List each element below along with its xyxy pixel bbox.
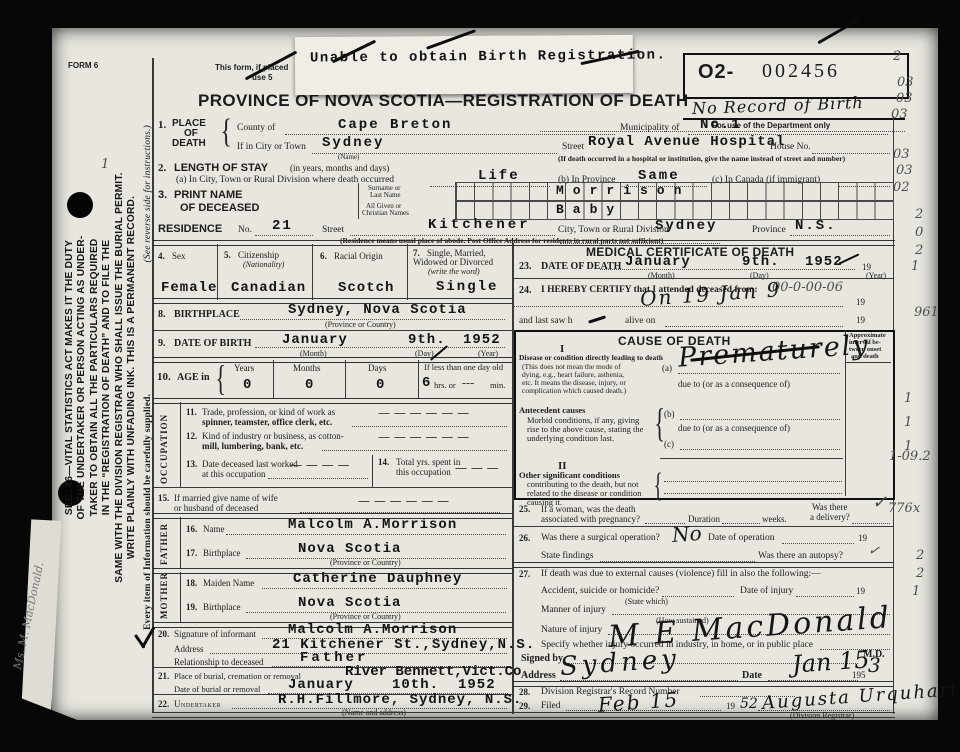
margin-mark: 2 xyxy=(915,244,923,258)
margin-left-mark: 1 xyxy=(101,158,109,172)
s17-value: Nova Scotia xyxy=(298,542,401,557)
s17-no: 17. xyxy=(186,549,197,558)
s10-hrs-value: 6 xyxy=(422,376,430,391)
disease-label: Disease or condition directly leading to… xyxy=(519,354,663,362)
margin-mark: 2 xyxy=(916,549,924,563)
s2-a-label: (a) In City, Town or Rural Division wher… xyxy=(176,176,394,186)
s13-label2: at this occupation xyxy=(202,470,265,479)
rule xyxy=(845,362,891,363)
s1-title: DEATH xyxy=(172,139,206,150)
margin-mark: 2 xyxy=(893,50,901,64)
mother-vertical-label: MOTHER xyxy=(160,575,169,619)
s23-no: 23. xyxy=(519,262,532,273)
s3-street-value: Kitchener xyxy=(428,218,531,233)
father-vertical-label: FATHER xyxy=(160,521,169,565)
antecedent-label: Antecedent causes xyxy=(519,406,585,415)
filed-date-handwriting: Feb 15 xyxy=(597,689,680,716)
s5-value: Canadian xyxy=(231,281,306,296)
s6-value: Scotch xyxy=(338,281,394,296)
s3-surname-value: Morrison xyxy=(556,184,690,198)
s27-which-hint: (State which) xyxy=(625,598,668,606)
s1-county-label: County of xyxy=(237,124,275,134)
date-label: Date xyxy=(742,671,762,682)
rule xyxy=(152,330,512,331)
rule xyxy=(513,278,893,279)
s1-house-label: House No. xyxy=(770,143,811,153)
s7-label3: (write the word) xyxy=(428,268,480,276)
cell-divider xyxy=(407,244,408,300)
s10-years-value: 0 xyxy=(243,378,251,393)
s5-label2: (Nationality) xyxy=(243,261,284,269)
date-year-handwriting: 3 xyxy=(868,655,881,676)
s14-no: 14. xyxy=(378,458,389,467)
s4-value: Female xyxy=(161,281,217,296)
leader xyxy=(665,325,843,327)
rule xyxy=(660,458,843,459)
other-brace: { xyxy=(654,468,663,504)
s14-label2: this occupation xyxy=(396,468,451,477)
s10-months-value: 0 xyxy=(305,378,313,393)
sidebar-line: OF THE UNDERTAKER OR PERSON ACTING AS UN… xyxy=(76,125,88,630)
leader xyxy=(352,425,507,427)
s24-19a: 19 xyxy=(856,298,865,307)
s10-days-label: Days xyxy=(368,364,387,373)
sidebar-line: WRITE PLAINLY WITH UNFADING INK. THIS IS… xyxy=(126,125,138,630)
leader xyxy=(255,346,505,348)
s17-label: Birthplace xyxy=(203,549,241,558)
leader xyxy=(255,234,313,236)
margin-mark: 776x xyxy=(888,502,920,516)
s27-no: 27. xyxy=(519,570,530,579)
s23-month-hint: (Month) xyxy=(648,272,675,280)
leader xyxy=(513,305,843,307)
s21-day: 10th. xyxy=(392,678,439,693)
s1-county-value: Cape Breton xyxy=(338,118,452,133)
s20-address-label: Address xyxy=(174,645,204,654)
leader xyxy=(796,595,854,597)
margin-mark: 1 xyxy=(904,392,912,406)
margin-mark: 1 xyxy=(904,416,912,430)
cause-due1: due to (or as a consequence of) xyxy=(678,380,790,389)
mother-divider xyxy=(180,572,181,622)
s25-delivery-label2: a delivery? xyxy=(810,513,850,522)
leader xyxy=(852,522,890,524)
s24-last-label: and last saw h xyxy=(519,317,573,327)
leader xyxy=(680,448,840,450)
sidebar-legal-text: SEC. 46—VITAL STATISTICS ACT MAKES IT TH… xyxy=(64,125,154,630)
s1-street-label: Street xyxy=(562,143,584,153)
s12-no: 12. xyxy=(186,432,197,441)
margin-mark: 0 xyxy=(915,226,923,240)
s12-value: — — — — — — xyxy=(378,431,469,444)
serial-prefix: O2- xyxy=(698,62,734,83)
s11-no: 11. xyxy=(186,408,197,417)
s27-injury-date-label: Date of injury xyxy=(740,587,793,597)
margin-mark: 03 xyxy=(893,148,910,162)
scan-corner-shadow xyxy=(0,690,160,752)
margin-checkmark: ✓ xyxy=(872,494,887,513)
s22-label: Undertaker xyxy=(174,700,221,709)
s16-label: Name xyxy=(203,525,225,534)
cause-c-label: (c) xyxy=(664,440,674,449)
address-label: Address xyxy=(521,671,556,682)
s7-value: Single xyxy=(436,280,498,295)
s3-title: OF DECEASED xyxy=(180,203,259,215)
form-number: FORM 6 xyxy=(68,62,98,70)
bottom-heavy-rule xyxy=(152,712,895,718)
s3-residence-label: RESIDENCE xyxy=(158,224,222,236)
s27-19: 19 xyxy=(856,587,865,596)
rule xyxy=(513,526,893,527)
s25-label2: associated with pregnancy? xyxy=(541,515,640,524)
s26-label: Was there a surgical operation? xyxy=(541,534,660,544)
s1-city-label: If in City or Town xyxy=(237,143,306,153)
s24-19b: 19 xyxy=(856,316,865,325)
s10-months-label: Months xyxy=(293,364,321,373)
s22-value: R.H.Fillmore, Sydney, N.S. xyxy=(278,693,522,708)
s1-name-hint: (Name) xyxy=(338,154,359,161)
s21-date-label: Date of burial or removal xyxy=(174,685,260,694)
s10-days-value: 0 xyxy=(376,378,384,393)
s3-province-value: N.S. xyxy=(795,219,837,234)
margin-mark: 03 xyxy=(891,108,908,122)
s11-value: — — — — — — xyxy=(378,407,469,420)
s10-brace: { xyxy=(215,360,225,398)
s3-title: PRINT NAME xyxy=(174,190,242,202)
s16-no: 16. xyxy=(186,525,197,534)
s8-no: 8. xyxy=(158,310,166,321)
margin-mark: 03 xyxy=(896,164,913,178)
s3-no: 3. xyxy=(158,190,167,202)
rule xyxy=(152,487,512,488)
s3-province-label: Province xyxy=(752,226,786,236)
s27-label: If death was due to external causes (vio… xyxy=(541,570,821,580)
age-divider xyxy=(273,360,274,398)
s8-label: BIRTHPLACE xyxy=(174,310,240,321)
antecedent-hint: underlying condition last. xyxy=(527,434,614,443)
leader xyxy=(662,595,734,597)
page-title: PROVINCE OF NOVA SCOTIA—REGISTRATION OF … xyxy=(198,92,689,110)
signed-by-label: Signed by xyxy=(521,654,563,665)
s15-value: — — — — — — xyxy=(358,495,449,508)
s8-value: Sydney, Nova Scotia xyxy=(288,303,467,318)
registrar-hint: (Division Registrar) xyxy=(790,712,854,720)
s24-alive-label: alive on xyxy=(625,317,655,327)
cause-a-label: (a) xyxy=(662,364,672,373)
s24-no: 24. xyxy=(519,286,532,297)
s3-no-label: No. xyxy=(238,226,252,236)
sidebar-line: SEC. 46—VITAL STATISTICS ACT MAKES IT TH… xyxy=(64,125,76,630)
s10-no: 10. xyxy=(157,372,171,384)
s2-no: 2. xyxy=(158,163,166,175)
s8-hint: (Province or Country) xyxy=(325,321,396,329)
date-year-print: 195 xyxy=(852,671,866,680)
s25-weeks-label: weeks. xyxy=(762,515,787,524)
s5-no: 5. xyxy=(224,251,231,260)
cause-b-label: (b) xyxy=(664,410,675,419)
s26-autopsy-label: Was there an autopsy? xyxy=(758,552,843,562)
leader xyxy=(722,522,760,524)
placed-note-1: This form, if placed xyxy=(215,64,288,72)
leader xyxy=(322,449,507,451)
s3-street-label: Street xyxy=(322,226,344,236)
s20-value: Malcolm A.Morrison xyxy=(288,623,457,638)
s18-value: Catherine Dauphney xyxy=(293,572,462,587)
s10-label: AGE in xyxy=(177,373,210,384)
s20-label: Signature of informant xyxy=(174,630,256,639)
s19-no: 19. xyxy=(186,603,197,612)
s9-no: 9. xyxy=(158,339,166,350)
s13-no: 13. xyxy=(186,460,197,469)
s1-street-value: Royal Avenue Hospital xyxy=(588,135,785,150)
s26-19: 19 xyxy=(858,534,867,543)
leader xyxy=(664,492,842,494)
s21-month: January xyxy=(288,678,354,693)
s4-label: Sex xyxy=(172,252,186,261)
s14-value: — — — xyxy=(455,462,499,475)
s12-label2: mill, lumbering, bank, etc. xyxy=(202,442,303,451)
s6-label: Racial Origin xyxy=(334,252,383,261)
s19-value: Nova Scotia xyxy=(298,596,401,611)
s2-title-hint: (in years, months and days) xyxy=(290,164,389,173)
serial-number: 002456 xyxy=(762,61,840,82)
leader xyxy=(782,542,854,544)
margin-mark: 961 xyxy=(914,306,939,320)
s26-no-handwriting: No xyxy=(671,523,702,546)
s4-no: 4. xyxy=(158,252,165,261)
margin-mark: 02 xyxy=(893,181,910,195)
scanned-death-registration: Ms. M. MacDonald. SEC. 46—VITAL STATISTI… xyxy=(0,0,960,752)
s6-no: 6. xyxy=(320,252,327,261)
leader xyxy=(226,533,506,535)
s3-city-label: City, Town or Rural Division xyxy=(558,226,669,236)
s1-municipality-value: No.1 xyxy=(700,118,742,133)
s26-operation-label: Date of operation xyxy=(708,534,774,544)
s11-label2: spinner, teamster, office clerk, etc. xyxy=(202,418,332,427)
s10-years-label: Years xyxy=(234,364,254,373)
s28-no: 28. xyxy=(519,688,530,697)
s17-hint: (Province or Country) xyxy=(330,559,401,567)
s10-hrs-label: hrs. or xyxy=(434,381,456,390)
s24-pencil-code: 00-0-00-06 xyxy=(772,281,843,295)
margin-mark: 1 xyxy=(912,585,920,599)
s29-label: Filed xyxy=(541,702,561,712)
s27-manner-label: Manner of injury xyxy=(541,606,606,616)
s10-min-value: --- xyxy=(462,377,474,390)
cause-due2: due to (or as a consequence of) xyxy=(678,424,790,433)
autopsy-checkmark: ✓ xyxy=(867,543,881,559)
leader xyxy=(268,477,368,479)
occ-divider xyxy=(180,402,181,487)
s3-residence-number: 21 xyxy=(272,219,293,234)
leader xyxy=(678,372,840,374)
margin-mark: 1 xyxy=(911,260,919,274)
s3-given-value: Baby xyxy=(556,203,623,217)
rule xyxy=(513,562,893,568)
form-left-border xyxy=(152,58,154,712)
s21-no: 21. xyxy=(158,672,169,681)
filed-year-handwriting: 52 xyxy=(740,697,758,712)
margin-mark: 03 xyxy=(897,76,914,90)
s1-municipality-label: Municipality of xyxy=(620,124,679,134)
rule xyxy=(152,398,512,404)
s26-no: 26. xyxy=(519,534,530,543)
s19-hint: (Province or Country) xyxy=(330,613,401,621)
s18-label: Maiden Name xyxy=(203,579,254,588)
leader xyxy=(680,418,840,420)
margin-mark: 1-09.2 xyxy=(889,450,931,464)
s3-divider xyxy=(358,183,359,219)
s25-no: 25. xyxy=(519,505,530,514)
margin-mark: 2 xyxy=(916,567,924,581)
leader xyxy=(790,234,890,236)
s21-label: Place of burial, cremation or removal xyxy=(174,672,301,681)
sidebar-line: SAME WITH THE DIVISION REGISTRAR WHO SHA… xyxy=(114,125,126,630)
s1-no: 1. xyxy=(158,120,166,132)
age-divider xyxy=(345,360,346,398)
s23-year-hint: (Year) xyxy=(866,272,886,280)
s1-city-value: Sydney xyxy=(322,136,384,151)
cell-divider xyxy=(372,455,373,487)
s1-brace: { xyxy=(220,114,231,150)
s3-city-value: Sydney xyxy=(655,219,717,234)
s16-value: Malcolm A.Morrison xyxy=(288,518,457,533)
s26-findings-label: State findings xyxy=(541,552,594,562)
leader xyxy=(600,268,855,270)
cell-divider xyxy=(312,244,313,300)
sidebar-line: IN THE “REGISTRATION OF DEATH” AND TO FI… xyxy=(101,125,113,630)
s13-value: — — — — xyxy=(290,459,349,472)
s27-nature-label: Nature of injury xyxy=(541,626,602,636)
s10-min-label: min. xyxy=(490,381,505,390)
s3-surname-label: Last Name xyxy=(370,192,401,199)
leader xyxy=(262,587,507,589)
s3-residence-hint: (Residence means usual place of abode. P… xyxy=(340,237,663,245)
filed-19: 19 xyxy=(726,702,735,711)
occupation-vertical-label: OCCUPATION xyxy=(160,408,169,484)
s20-no: 20. xyxy=(158,630,169,639)
margin-mark: 2 xyxy=(915,208,923,222)
s29-no: 29. xyxy=(519,702,530,711)
sidebar-line: TAKER TO OBTAIN ALL THE PARTICULARS REQU… xyxy=(89,125,101,630)
s3-given-label: Christian Names xyxy=(362,210,409,217)
s21-year: 1952 xyxy=(458,678,496,693)
s18-no: 18. xyxy=(186,579,197,588)
s1-hospital-hint: (If death occurred in a hospital or inst… xyxy=(558,155,845,163)
disease-hint: complication which caused death.) xyxy=(522,387,626,395)
s2-title: LENGTH OF STAY xyxy=(174,163,268,175)
s19-label: Birthplace xyxy=(203,603,241,612)
margin-mark: 03 xyxy=(896,92,913,106)
s9-label: DATE OF BIRTH xyxy=(174,339,251,350)
s15-no: 15. xyxy=(158,494,169,503)
leader xyxy=(664,480,842,482)
s10-less-label: If less than one day old xyxy=(424,363,503,372)
s27-accident-label: Accident, suicide or homicide? xyxy=(541,587,659,597)
age-divider xyxy=(418,360,419,398)
father-divider xyxy=(180,517,181,568)
